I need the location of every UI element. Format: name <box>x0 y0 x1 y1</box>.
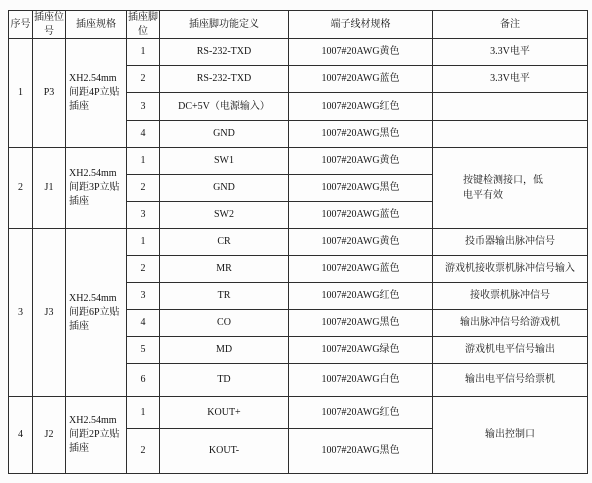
func-cell: TD <box>160 364 289 397</box>
wire-cell: 1007#20AWG黑色 <box>289 429 433 474</box>
pin-cell: 4 <box>127 310 160 337</box>
header-seq: 序号 <box>9 11 33 39</box>
ref-cell: J1 <box>33 148 66 229</box>
wire-cell: 1007#20AWG蓝色 <box>289 66 433 93</box>
func-cell: MD <box>160 337 289 364</box>
note-cell: 接收票机脉冲信号 <box>433 283 588 310</box>
merged-note-cell: 输出控制口 <box>433 397 588 474</box>
wire-cell: 1007#20AWG红色 <box>289 93 433 121</box>
ref-cell: J2 <box>33 397 66 474</box>
spec-text: XH2.54mm间距6P立贴插座 <box>69 292 123 334</box>
note-text: 按键检测接口，低电平有效 <box>463 173 551 204</box>
seq-cell: 4 <box>9 397 33 474</box>
func-cell: TR <box>160 283 289 310</box>
func-cell: RS-232-TXD <box>160 66 289 93</box>
table-row: 2 J1 XH2.54mm间距3P立贴插座 1 SW1 1007#20AWG黄色… <box>9 148 588 175</box>
header-spec: 插座规格 <box>66 11 127 39</box>
note-cell <box>433 121 588 148</box>
func-cell: RS-232-TXD <box>160 39 289 66</box>
pin-cell: 2 <box>127 429 160 474</box>
func-cell: KOUT+ <box>160 397 289 429</box>
seq-cell: 2 <box>9 148 33 229</box>
pin-cell: 2 <box>127 66 160 93</box>
wire-cell: 1007#20AWG绿色 <box>289 337 433 364</box>
wire-cell: 1007#20AWG红色 <box>289 397 433 429</box>
table-row: 1 P3 XH2.54mm间距4P立贴插座 1 RS-232-TXD 1007#… <box>9 39 588 66</box>
func-cell: CR <box>160 229 289 256</box>
note-cell <box>433 93 588 121</box>
note-cell: 投币器输出脉冲信号 <box>433 229 588 256</box>
note-cell: 游戏机接收票机脉冲信号输入 <box>433 256 588 283</box>
note-cell: 输出电平信号给票机 <box>433 364 588 397</box>
spec-cell: XH2.54mm间距4P立贴插座 <box>66 39 127 148</box>
spec-cell: XH2.54mm间距3P立贴插座 <box>66 148 127 229</box>
spec-text: XH2.54mm间距4P立贴插座 <box>69 72 123 114</box>
wire-cell: 1007#20AWG黑色 <box>289 121 433 148</box>
wire-cell: 1007#20AWG黄色 <box>289 229 433 256</box>
header-ref: 插座位号 <box>33 11 66 39</box>
ref-cell: J3 <box>33 229 66 397</box>
spec-cell: XH2.54mm间距2P立贴插座 <box>66 397 127 474</box>
pin-cell: 1 <box>127 148 160 175</box>
func-cell: SW2 <box>160 202 289 229</box>
pin-cell: 2 <box>127 256 160 283</box>
connector-pin-spec-table: 序号 插座位号 插座规格 插座脚位 插座脚功能定义 端子线材规格 备注 1 P3… <box>8 10 588 474</box>
note-cell: 3.3V电平 <box>433 39 588 66</box>
pin-cell: 3 <box>127 93 160 121</box>
header-note: 备注 <box>433 11 588 39</box>
pin-cell: 4 <box>127 121 160 148</box>
pin-cell: 3 <box>127 283 160 310</box>
ref-cell: P3 <box>33 39 66 148</box>
pin-cell: 5 <box>127 337 160 364</box>
pin-cell: 3 <box>127 202 160 229</box>
header-func: 插座脚功能定义 <box>160 11 289 39</box>
spec-text: XH2.54mm间距2P立贴插座 <box>69 414 123 456</box>
func-cell: SW1 <box>160 148 289 175</box>
table-row: 3 J3 XH2.54mm间距6P立贴插座 1 CR 1007#20AWG黄色 … <box>9 229 588 256</box>
header-wire: 端子线材规格 <box>289 11 433 39</box>
note-cell: 3.3V电平 <box>433 66 588 93</box>
wire-cell: 1007#20AWG蓝色 <box>289 256 433 283</box>
spec-cell: XH2.54mm间距6P立贴插座 <box>66 229 127 397</box>
header-pin: 插座脚位 <box>127 11 160 39</box>
table-row: 4 J2 XH2.54mm间距2P立贴插座 1 KOUT+ 1007#20AWG… <box>9 397 588 429</box>
func-cell: GND <box>160 175 289 202</box>
merged-note-cell: 按键检测接口，低电平有效 <box>433 148 588 229</box>
seq-cell: 1 <box>9 39 33 148</box>
pin-cell: 2 <box>127 175 160 202</box>
wire-cell: 1007#20AWG黑色 <box>289 310 433 337</box>
wire-cell: 1007#20AWG黄色 <box>289 148 433 175</box>
wire-cell: 1007#20AWG白色 <box>289 364 433 397</box>
note-cell: 游戏机电平信号输出 <box>433 337 588 364</box>
spec-text: XH2.54mm间距3P立贴插座 <box>69 167 123 209</box>
wire-cell: 1007#20AWG红色 <box>289 283 433 310</box>
wire-cell: 1007#20AWG蓝色 <box>289 202 433 229</box>
func-cell: MR <box>160 256 289 283</box>
func-cell: DC+5V（电源输入） <box>160 93 289 121</box>
pin-cell: 1 <box>127 397 160 429</box>
func-cell: KOUT- <box>160 429 289 474</box>
seq-cell: 3 <box>9 229 33 397</box>
note-cell: 输出脉冲信号给游戏机 <box>433 310 588 337</box>
wire-cell: 1007#20AWG黑色 <box>289 175 433 202</box>
pin-cell: 6 <box>127 364 160 397</box>
header-row: 序号 插座位号 插座规格 插座脚位 插座脚功能定义 端子线材规格 备注 <box>9 11 588 39</box>
pin-cell: 1 <box>127 39 160 66</box>
func-cell: CO <box>160 310 289 337</box>
func-cell: GND <box>160 121 289 148</box>
wire-cell: 1007#20AWG黄色 <box>289 39 433 66</box>
pin-cell: 1 <box>127 229 160 256</box>
